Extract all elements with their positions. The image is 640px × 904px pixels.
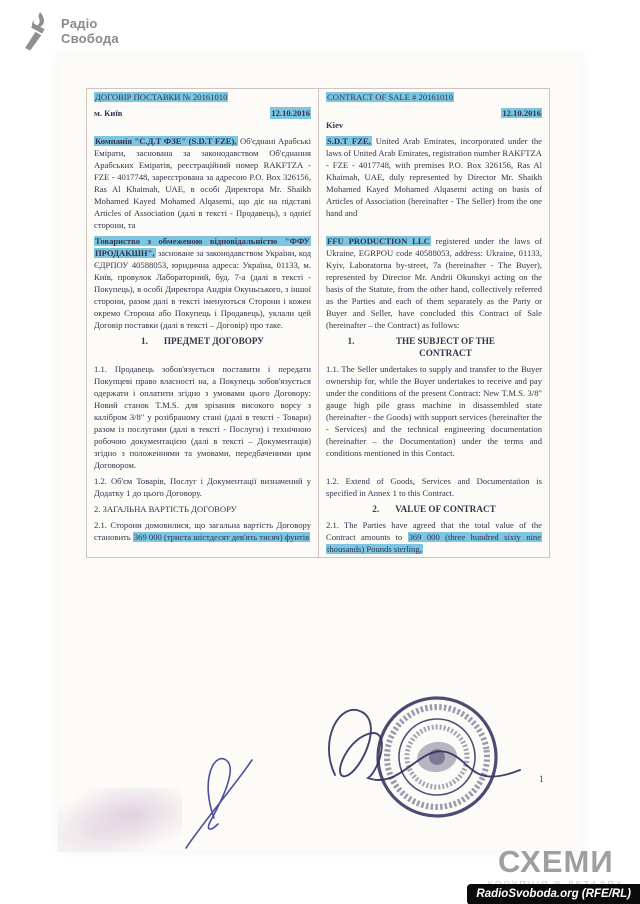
- clause-2-1-uk: 2.1. Сторони домовилися, що загальна вар…: [87, 517, 318, 557]
- svoboda-word: Свобода: [61, 31, 119, 46]
- section1-heading-en: 1. THE SUBJECT OF THE CONTRACT: [318, 333, 549, 361]
- section1-number-en: 1.: [348, 335, 355, 359]
- screenshot-root: Радіо Свобода ДОГОВІР ПОСТАВКИ № 2016101…: [0, 0, 640, 904]
- buyer-name-en: FFU PRODUCTION LLC: [326, 236, 431, 246]
- buyer-text-en: registered under the laws of Ukraine, EG…: [326, 236, 542, 330]
- schemes-title: СХЕМИ: [498, 846, 614, 877]
- page-number: 1: [539, 774, 544, 784]
- section1-title-en: THE SUBJECT OF THE CONTRACT: [370, 335, 520, 359]
- scanned-contract-page: ДОГОВІР ПОСТАВКИ № 20161010 CONTRACT OF …: [58, 56, 582, 850]
- clause-1-2-uk: 1.2. Об'єм Товарів, Послуг і Документаці…: [87, 473, 318, 501]
- section2-title-en: VALUE OF CONTRACT: [395, 503, 496, 515]
- section1-heading-uk: 1. ПРЕДМЕТ ДОГОВОРУ: [87, 333, 318, 361]
- seller-text-en: United Arab Emirates, incorporated under…: [326, 136, 542, 218]
- section1-title-uk: ПРЕДМЕТ ДОГОВОРУ: [164, 335, 264, 347]
- contract-table: ДОГОВІР ПОСТАВКИ № 20161010 CONTRACT OF …: [86, 88, 550, 558]
- city-date-uk-cell: м. Київ 12.10.2016: [87, 105, 318, 133]
- section2-heading-uk: 2. ЗАГАЛЬНА ВАРТІСТЬ ДОГОВОРУ: [87, 501, 318, 517]
- contract-title-en-cell: CONTRACT OF SALE # 20161010: [318, 89, 549, 105]
- radio-svoboda-wordmark: Радіо Свобода: [61, 16, 119, 46]
- clause-2-1-en: 2.1. The Parties have agreed that the to…: [318, 517, 549, 557]
- section2-heading-en: 2. VALUE OF CONTRACT: [318, 501, 549, 517]
- city-uk: м. Київ: [94, 107, 122, 119]
- seller-name-uk: Компанія "С.Д.Т ФЗЕ" (S.D.T FZE),: [94, 136, 238, 146]
- credit-badge: RadioSvoboda.org (RFE/RL): [467, 884, 640, 904]
- contract-title-uk: ДОГОВІР ПОСТАВКИ № 20161010: [94, 92, 228, 102]
- torch-icon: [20, 10, 54, 52]
- buyer-paragraph-uk: Товариство з обмеженою відповідальністю …: [87, 233, 318, 333]
- radio-svoboda-logo: Радіо Свобода: [20, 10, 119, 52]
- section2-number-en: 2.: [372, 503, 379, 515]
- city-en: Kiev: [326, 119, 542, 131]
- seller-paragraph-uk: Компанія "С.Д.Т ФЗЕ" (S.D.T FZE), Об'єдн…: [87, 133, 318, 233]
- contract-value-uk: 369 000 (триста шістдесят дев'ять тисяч)…: [133, 532, 310, 542]
- schemes-logo: СХЕМИ КОРУПЦІЯ В ДЕТАЛЯХ: [488, 846, 624, 889]
- radio-word: Радіо: [61, 16, 98, 31]
- seller-text-uk: Об'єднані Арабські Емірати, заснована за…: [94, 136, 311, 230]
- clause-1-1-en: 1.1. The Seller undertakes to supply and…: [318, 361, 549, 473]
- clause-1-2-en: 1.2. Extend of Goods, Services and Docum…: [318, 473, 549, 501]
- date-en: 12.10.2016: [501, 108, 542, 118]
- contract-title-uk-cell: ДОГОВІР ПОСТАВКИ № 20161010: [87, 89, 318, 105]
- buyer-text-uk: засноване за законодавством України, код…: [94, 248, 311, 330]
- contract-title-en: CONTRACT OF SALE # 20161010: [326, 92, 454, 102]
- clause-1-1-uk: 1.1. Продавець зобов'язується поставити …: [87, 361, 318, 473]
- city-date-en-cell: 12.10.2016 Kiev: [318, 105, 549, 133]
- seller-paragraph-en: S.D.T FZE, United Arab Emirates, incorpo…: [318, 133, 549, 233]
- seller-name-en: S.D.T FZE,: [326, 136, 372, 146]
- buyer-paragraph-en: FFU PRODUCTION LLC registered under the …: [318, 233, 549, 333]
- date-uk: 12.10.2016: [270, 107, 311, 119]
- section1-number-uk: 1.: [141, 335, 148, 347]
